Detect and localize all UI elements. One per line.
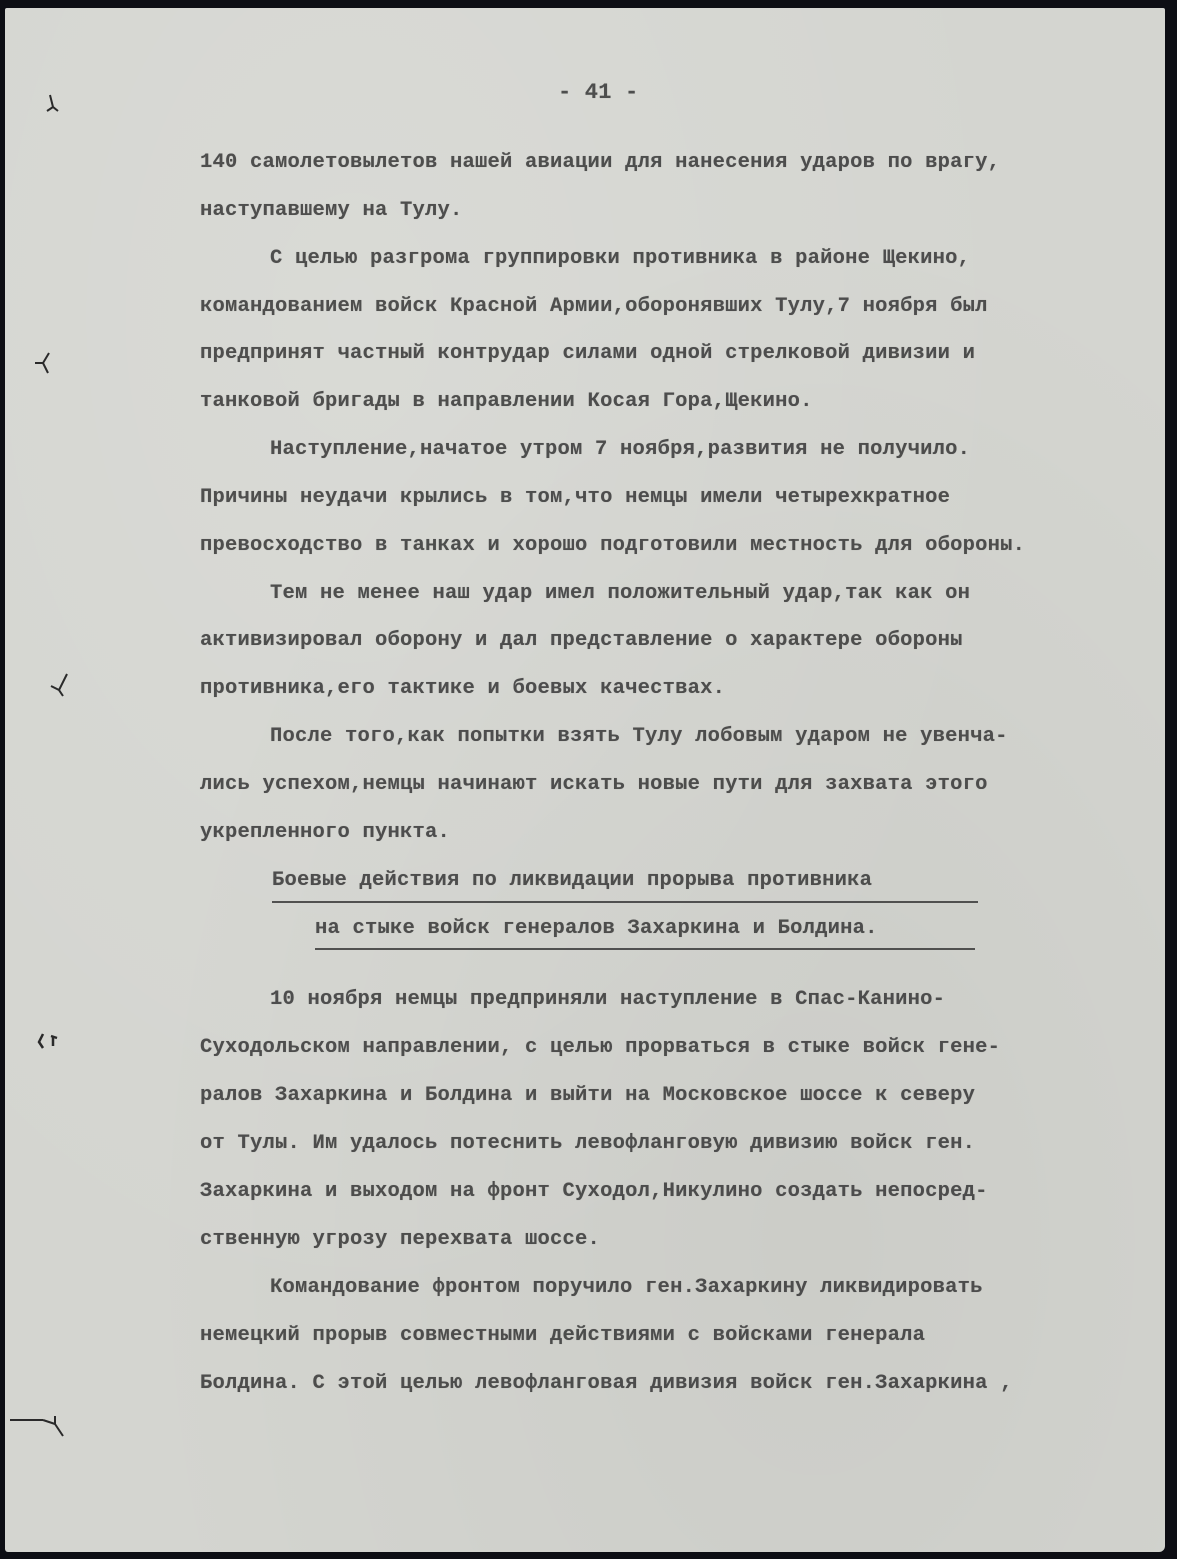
text-line: противника,его тактике и боевых качества… — [200, 677, 725, 700]
text-line: ралов Захаркина и Болдина и выйти на Мос… — [200, 1084, 975, 1107]
binding-mark-icon — [33, 351, 57, 375]
text-line: Захаркина и выходом на фронт Суходол,Ник… — [200, 1180, 988, 1203]
text-line: командованием войск Красной Армии,оборон… — [200, 295, 988, 318]
text-line: ственную угрозу перехвата шоссе. — [200, 1228, 600, 1251]
binding-mark-icon — [49, 672, 73, 696]
paragraph-start: Наступление,начатое утром 7 ноября,разви… — [270, 438, 970, 461]
heading-underline-1 — [272, 901, 978, 903]
text-line: Болдина. С этой целью левофланговая диви… — [200, 1372, 1013, 1395]
text-line: активизировал оборону и дал представлени… — [200, 629, 963, 652]
section-heading-line-2: на стыке войск генералов Захаркина и Бол… — [315, 917, 878, 940]
paragraph-start: После того,как попытки взять Тулу лобовы… — [270, 725, 1008, 748]
paragraph-start: Командование фронтом поручило ген.Захарк… — [270, 1276, 983, 1299]
binding-mark-icon — [35, 1416, 59, 1440]
page-number: - 41 - — [558, 80, 638, 105]
text-line: 140 самолетовылетов нашей авиации для на… — [200, 151, 1000, 174]
text-line: Суходольском направлении, с целью прорва… — [200, 1036, 1000, 1059]
text-line: наступавшему на Тулу. — [200, 199, 463, 222]
text-line: предпринят частный контрудар силами одно… — [200, 342, 975, 365]
text-line: танковой бригады в направлении Косая Гор… — [200, 390, 813, 413]
text-line: Причины неудачи крылись в том,что немцы … — [200, 486, 950, 509]
paragraph-start: 10 ноября немцы предприняли наступление … — [270, 988, 945, 1011]
document-page: - 41 - 140 самолетовылетов нашей авиации… — [5, 8, 1165, 1552]
section-heading-line-1: Боевые действия по ликвидации прорыва пр… — [272, 869, 872, 892]
text-line: лись успехом,немцы начинают искать новые… — [200, 773, 988, 796]
text-line: от Тулы. Им удалось потеснить левофланго… — [200, 1132, 975, 1155]
binding-mark-icon — [35, 1030, 59, 1054]
text-line: немецкий прорыв совместными действиями с… — [200, 1324, 925, 1347]
text-line: превосходство в танках и хорошо подготов… — [200, 534, 1025, 557]
text-line: укрепленного пункта. — [200, 821, 450, 844]
paragraph-start: Тем не менее наш удар имел положительный… — [270, 582, 970, 605]
binding-mark-icon — [41, 93, 65, 117]
paragraph-start: С целью разгрома группировки противника … — [270, 247, 970, 270]
heading-underline-2 — [315, 948, 975, 950]
